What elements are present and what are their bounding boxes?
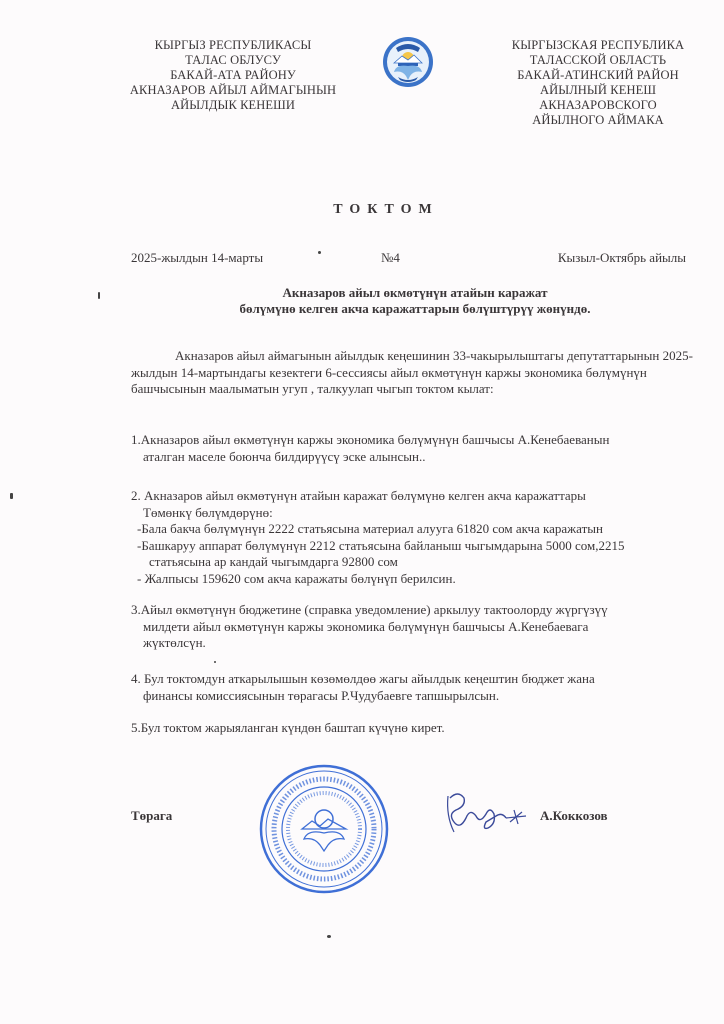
subject-line: бөлүмүнө келген акча каражаттарын бөлүшт… <box>120 301 710 317</box>
document-date: 2025-жылдын 14-марты <box>131 250 263 266</box>
header-line: ТАЛАССКОЙ ОБЛАСТЬ <box>488 53 708 68</box>
header-line: АЙЫЛНОГО АЙМАКА <box>488 113 708 128</box>
item-line: милдети айыл өкмөтүнүн каржы экономика б… <box>131 619 701 636</box>
document-place: Кызыл-Октябрь айылы <box>558 250 686 266</box>
signatory-name: А.Коккозов <box>540 808 608 824</box>
item-line: 3.Айыл өкмөтүнүн бюджетине (справка увед… <box>131 602 701 619</box>
header-line: ТАЛАС ОБЛУСУ <box>118 53 348 68</box>
item-line: 2. Акназаров айыл өкмөтүнүн атайын караж… <box>131 488 701 505</box>
document-title: ТОКТОМ <box>0 202 724 218</box>
header-line: КЫРГЫЗ РЕСПУБЛИКАСЫ <box>118 38 348 53</box>
header-line: БАКАЙ-АТА РАЙОНУ <box>118 68 348 83</box>
item-line: Төмөнкү бөлүмдөрүнө: <box>131 505 701 522</box>
allocation-total: - Жалпысы 159620 сом акча каражаты бөлүн… <box>131 571 701 588</box>
header-russian: КЫРГЫЗСКАЯ РЕСПУБЛИКА ТАЛАССКОЙ ОБЛАСТЬ … <box>488 38 708 128</box>
allocation-text: -Башкаруу аппарат бөлүмүнүн 2212 статьяс… <box>137 538 701 555</box>
resolution-item-5: 5.Бул токтом жарыяланган күндөн баштап к… <box>131 720 701 737</box>
item-line: жүктөлсүн. <box>131 635 701 652</box>
item-line: финансы комиссиясынын төрагасы Р.Чудубае… <box>131 688 701 705</box>
allocation-text: - Жалпысы 159620 сом акча каражаты бөлүн… <box>137 571 701 588</box>
header-line: КЫРГЫЗСКАЯ РЕСПУБЛИКА <box>488 38 708 53</box>
header-line: БАКАЙ-АТИНСКИЙ РАЙОН <box>488 68 708 83</box>
item-line: 4. Бул токтомдун аткарылышын көзөмөлдөө … <box>131 671 701 688</box>
scan-speck <box>10 493 13 499</box>
item-line: 5.Бул токтом жарыяланган күндөн баштап к… <box>131 720 701 737</box>
allocation-line: -Бала бакча бөлүмүнүн 2222 статьясына ма… <box>131 521 701 538</box>
document-meta: 2025-жылдын 14-марты №4 Кызыл-Октябрь ай… <box>131 250 686 266</box>
document-number: №4 <box>381 250 400 266</box>
document-page: КЫРГЫЗ РЕСПУБЛИКАСЫ ТАЛАС ОБЛУСУ БАКАЙ-А… <box>0 0 724 1024</box>
resolution-item-2: 2. Акназаров айыл өкмөтүнүн атайын караж… <box>131 488 701 587</box>
item-line: аталган маселе боюнча билдирүүсү эске ал… <box>131 449 701 466</box>
item-line: 1.Акназаров айыл өкмөтүнүн каржы экономи… <box>131 432 701 449</box>
scan-speck <box>327 935 331 938</box>
official-seal-icon <box>258 763 390 895</box>
resolution-item-1: 1.Акназаров айыл өкмөтүнүн каржы экономи… <box>131 432 701 465</box>
allocation-text: статьясына ар кандай чыгымдарга 92800 со… <box>137 554 701 571</box>
resolution-item-4: 4. Бул токтомдун аткарылышын көзөмөлдөө … <box>131 671 701 704</box>
signatory-title: Төрага <box>131 808 172 824</box>
handwritten-signature-icon <box>440 788 535 838</box>
allocation-line: -Башкаруу аппарат бөлүмүнүн 2212 статьяс… <box>131 538 701 571</box>
intro-paragraph: Акназаров айыл аймагынын айылдык кеңешин… <box>131 348 701 398</box>
header-kyrgyz: КЫРГЫЗ РЕСПУБЛИКАСЫ ТАЛАС ОБЛУСУ БАКАЙ-А… <box>118 38 348 113</box>
scan-speck <box>318 251 321 254</box>
subject-line: Акназаров айыл өкмөтүнүн атайын каражат <box>120 285 710 301</box>
scan-speck <box>98 292 100 299</box>
header-line: АЙЫЛДЫК КЕНЕШИ <box>118 98 348 113</box>
document-subject: Акназаров айыл өкмөтүнүн атайын каражат … <box>120 285 710 317</box>
resolution-item-3: 3.Айыл өкмөтүнүн бюджетине (справка увед… <box>131 602 701 652</box>
scan-speck <box>214 661 216 663</box>
allocation-text: -Бала бакча бөлүмүнүн 2222 статьясына ма… <box>137 521 701 538</box>
state-emblem-icon <box>382 36 434 88</box>
header-line: АЙЫЛНЫЙ КЕНЕШ АКНАЗАРОВСКОГО <box>488 83 708 113</box>
header-line: АКНАЗАРОВ АЙЫЛ АЙМАГЫНЫН <box>118 83 348 98</box>
